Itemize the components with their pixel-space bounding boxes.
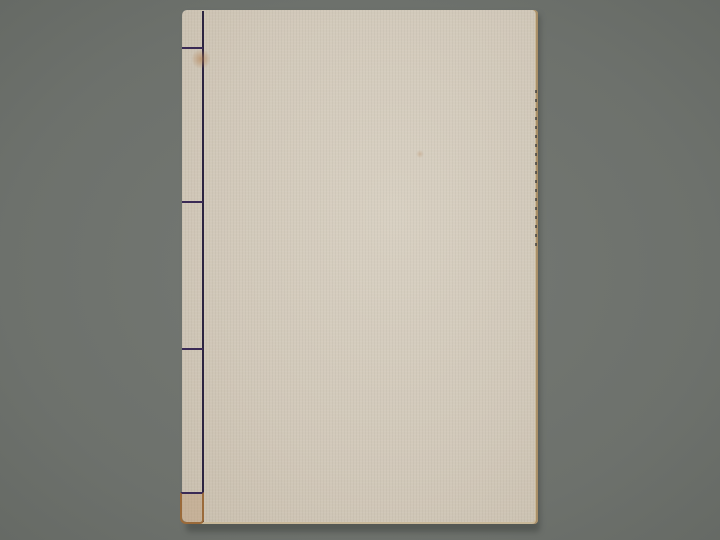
foxing-stain (192, 48, 210, 70)
worn-bottom-corner (180, 492, 204, 524)
foxing-stain (416, 150, 424, 158)
page-edge-marks (535, 90, 537, 250)
binding-stitch-3 (182, 348, 203, 350)
book-cover (182, 10, 535, 522)
binding-stitch-2 (182, 201, 203, 203)
binding-spine-thread (202, 11, 204, 522)
